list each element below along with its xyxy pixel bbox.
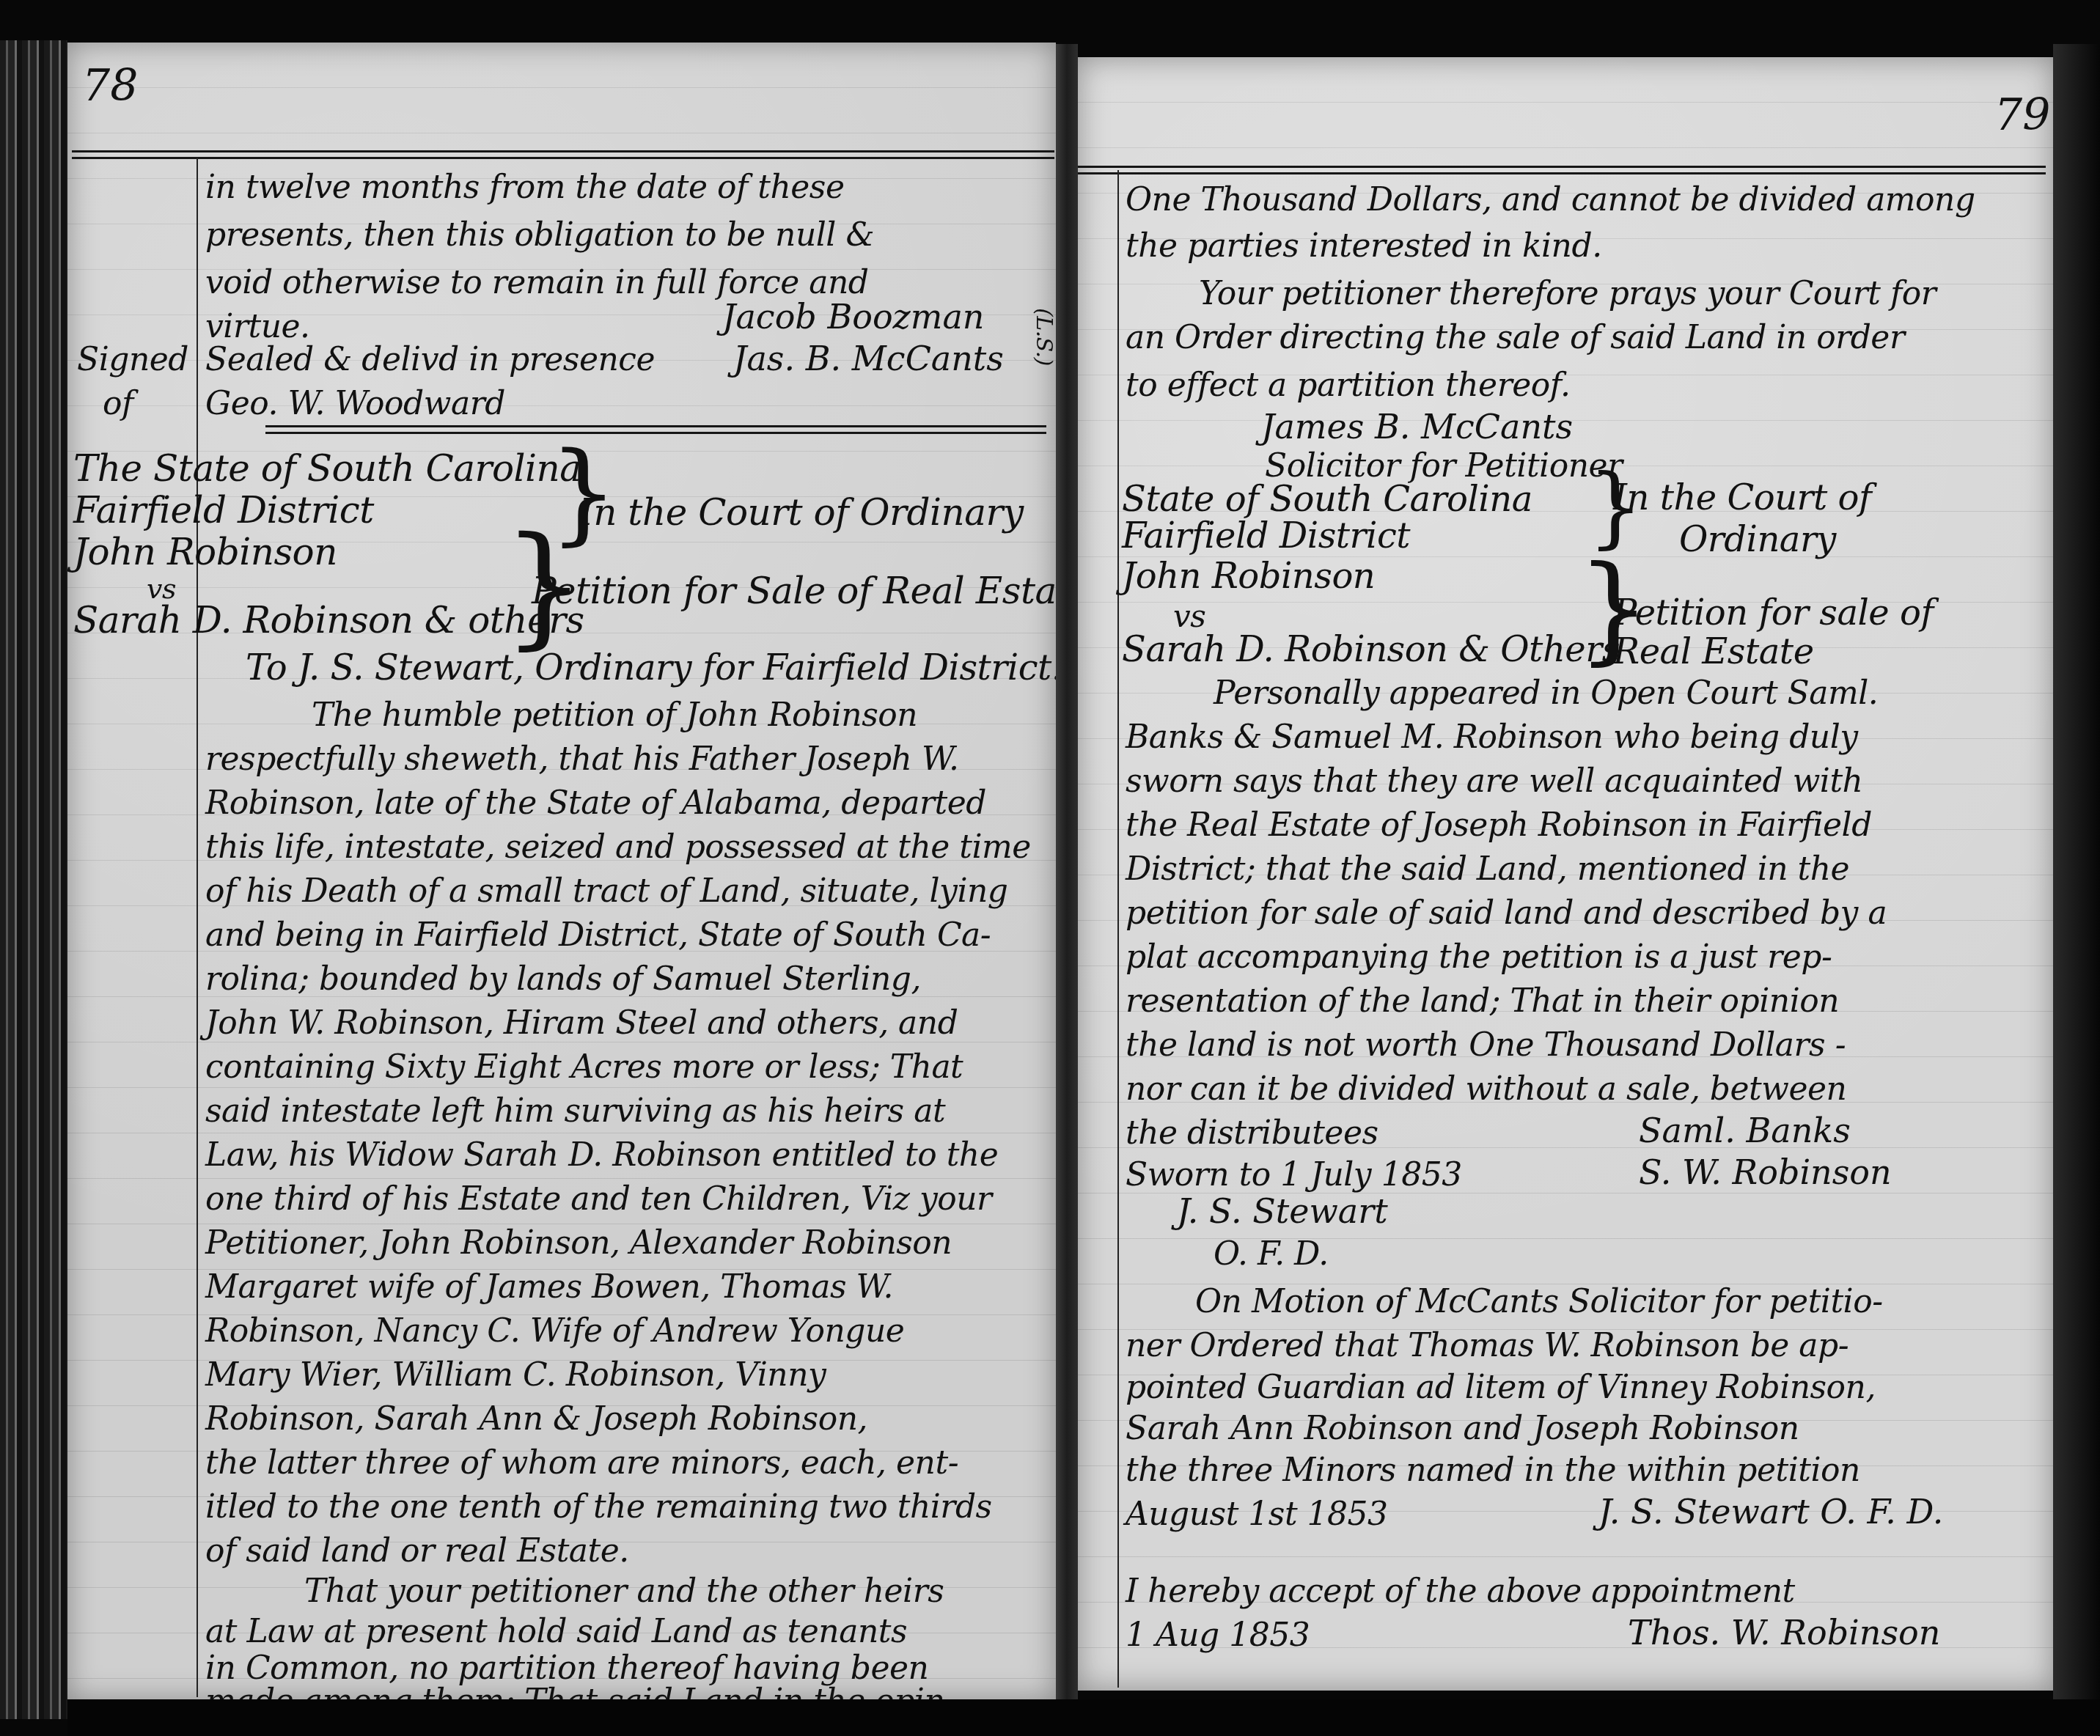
petition-address: To J. S. Stewart, Ordinary for Fairfield… — [246, 645, 1062, 691]
affidavit-line: the Real Estate of Joseph Robinson in Fa… — [1126, 803, 1872, 848]
sworn-before-signature: J. S. Stewart — [1177, 1191, 1388, 1231]
petition-line: Robinson, Sarah Ann & Joseph Robinson, — [205, 1397, 867, 1442]
bond-line-1: in twelve months from the date of these — [205, 165, 844, 210]
petition-line: and being in Fairfield District, State o… — [205, 913, 991, 958]
left-page-number: 78 — [82, 60, 138, 111]
bond-line-2: presents, then this obligation to be nul… — [205, 213, 874, 258]
petition-line: respectfully sheweth, that his Father Jo… — [205, 737, 958, 782]
petition-cont-line: the parties interested in kind. — [1126, 224, 1602, 269]
petition-line: containing Sixty Eight Acres more or les… — [205, 1045, 963, 1090]
affidavit-line: sworn says that they are well acquainted… — [1126, 759, 1862, 804]
acceptance-line: I hereby accept of the above appointment — [1126, 1569, 1795, 1614]
sworn-before-title: O. F. D. — [1214, 1232, 1329, 1277]
order-line: the three Minors named in the within pet… — [1126, 1448, 1860, 1493]
caption-title-2: Real Estate — [1613, 629, 1814, 674]
book-binding-edge — [0, 40, 67, 1719]
petition-line: this life, intestate, seized and possess… — [205, 825, 1031, 870]
order-date: August 1st 1853 — [1126, 1492, 1388, 1537]
petition-cont-line: Your petitioner therefore prays your Cou… — [1199, 271, 1936, 317]
order-line: ner Ordered that Thomas W. Robinson be a… — [1126, 1323, 1848, 1369]
acceptance-signature: Thos. W. Robinson — [1628, 1613, 1940, 1652]
affidavit-line: the distributees — [1126, 1111, 1378, 1156]
affidavit-line: petition for sale of said land and descr… — [1126, 891, 1887, 936]
affidavit-line: District; that the said Land, mentioned … — [1126, 847, 1849, 892]
right-margin-line — [1117, 170, 1119, 1688]
order-line: On Motion of McCants Solicitor for petit… — [1195, 1279, 1883, 1325]
right-scan-edge — [2053, 44, 2100, 1723]
section-divider-rule — [265, 425, 1046, 427]
petition-line: The humble petition of John Robinson — [312, 693, 917, 738]
order-line: Sarah Ann Robinson and Joseph Robinson — [1126, 1406, 1799, 1452]
affidavit-line: plat accompanying the petition is a just… — [1126, 935, 1832, 980]
affidavit-line: resentation of the land; That in their o… — [1126, 979, 1839, 1024]
margin-note-of: of — [103, 381, 133, 427]
petition-line: said intestate left him surviving as his… — [205, 1089, 945, 1134]
order-signature: J. S. Stewart O. F. D. — [1598, 1492, 1943, 1531]
signature-jacob-boozman: Jacob Boozman — [722, 297, 985, 336]
petition-line: itled to the one tenth of the remaining … — [205, 1485, 992, 1530]
caption-court-1: In the Court of — [1613, 475, 1871, 521]
petition-line: the latter three of whom are minors, eac… — [205, 1441, 958, 1486]
petition-cont-line: to effect a partition thereof. — [1126, 363, 1570, 408]
acceptance-date: 1 Aug 1853 — [1126, 1613, 1310, 1658]
caption-court-2: Ordinary — [1679, 517, 1836, 562]
margin-note-signed: Signed — [77, 337, 188, 383]
petition-line: Petitioner, John Robinson, Alexander Rob… — [205, 1221, 952, 1266]
petition-line: rolina; bounded by lands of Samuel Sterl… — [205, 957, 921, 1002]
affiant-signature-robinson: S. W. Robinson — [1639, 1152, 1892, 1192]
bottom-scan-edge — [67, 1699, 2100, 1736]
caption-district: Fairfield District — [1122, 513, 1410, 559]
petition-line: John W. Robinson, Hiram Steel and others… — [205, 1001, 958, 1046]
petition-line: Mary Wier, William C. Robinson, Vinny — [205, 1353, 826, 1398]
caption-title: Petition for Sale of Real Estate — [532, 568, 1092, 614]
affidavit-line: Personally appeared in Open Court Saml. — [1214, 671, 1878, 716]
signature-mccants: Jas. B. McCants — [733, 339, 1004, 378]
witness-name: Geo. W. Woodward — [205, 381, 505, 427]
witness-line: Sealed & delivd in presence — [205, 337, 655, 383]
left-top-rule — [72, 150, 1054, 152]
petition-line: That your petitioner and the other heirs — [304, 1569, 944, 1614]
affidavit-line: Banks & Samuel M. Robinson who being dul… — [1126, 715, 1858, 760]
petition-line: Robinson, late of the State of Alabama, … — [205, 781, 986, 826]
affidavit-line: the land is not worth One Thousand Dolla… — [1126, 1023, 1846, 1068]
petition-line: one third of his Estate and ten Children… — [205, 1177, 992, 1222]
right-top-rule — [1078, 166, 2046, 168]
petition-cont-line: One Thousand Dollars, and cannot be divi… — [1126, 177, 1975, 223]
caption-plaintiff: John Robinson — [73, 529, 337, 575]
caption-defendants: Sarah D. Robinson & Others — [1122, 627, 1620, 672]
caption-district: Fairfield District — [73, 488, 374, 533]
petition-line: of his Death of a small tract of Land, s… — [205, 869, 1008, 914]
book-gutter — [1056, 44, 1078, 1723]
petition-line: Robinson, Nancy C. Wife of Andrew Yongue — [205, 1309, 904, 1354]
petition-line: Law, his Widow Sarah D. Robinson entitle… — [205, 1133, 998, 1178]
petition-cont-line: an Order directing the sale of said Land… — [1126, 315, 1904, 361]
left-margin-line — [197, 158, 198, 1697]
petition-line: Margaret wife of James Bowen, Thomas W. — [205, 1265, 893, 1310]
affiant-signature-banks: Saml. Banks — [1639, 1111, 1851, 1150]
affidavit-line: nor can it be divided without a sale, be… — [1126, 1067, 1846, 1112]
caption-court: In the Court of Ordinary — [579, 490, 1024, 535]
caption-plaintiff: John Robinson — [1122, 553, 1375, 599]
order-line: pointed Guardian ad litem of Vinney Robi… — [1126, 1365, 1876, 1410]
right-page-number: 79 — [1994, 89, 2050, 141]
solicitor-signature: James B. McCants — [1261, 407, 1573, 446]
caption-state: The State of South Carolina — [73, 446, 581, 491]
petition-line: of said land or real Estate. — [205, 1529, 629, 1574]
